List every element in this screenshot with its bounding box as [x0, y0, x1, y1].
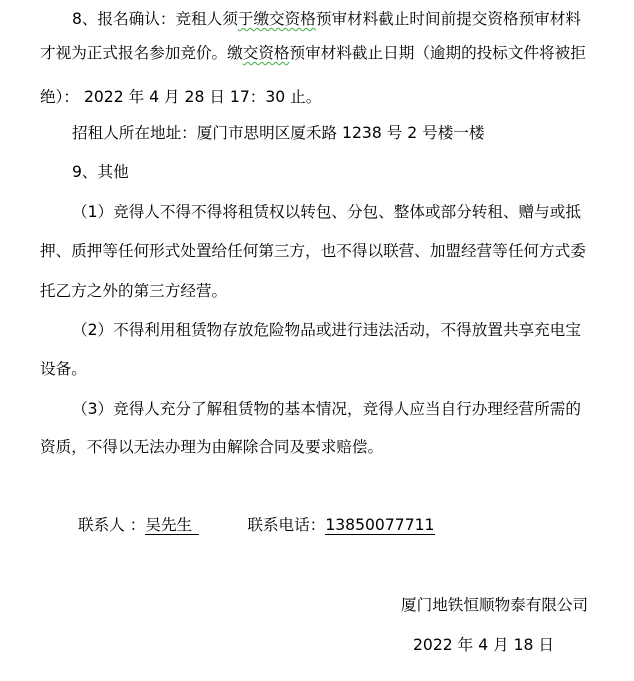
grammar-flag-text[interactable]: 于缴交资格: [238, 10, 316, 28]
signature-date: 2022 年 4 月 18 日: [413, 635, 554, 655]
section9-item2-line1: （2）不得利用租赁物存放危险物品或进行违法活动，不得放置共享充电宝: [72, 320, 581, 340]
contact-phone-value: 13850077711: [325, 516, 435, 535]
section9-item2-line2: 设备。: [40, 359, 87, 379]
section8-line1-suffix: 预审材料截止时间前提交资格预审材料: [316, 10, 581, 28]
contact-person-label: 联系人 ：: [78, 516, 145, 534]
section8-line1-prefix: 8、报名确认：竞租人须: [72, 10, 238, 28]
document-page: 8、报名确认：竞租人须于缴交资格预审材料截止时间前提交资格预审材料 才视为正式报…: [0, 0, 634, 681]
section9-item3-line1: （3）竞得人充分了解租赁物的基本情况，竞得人应当自行办理经营所需的: [72, 399, 581, 419]
section8-line2: 才视为正式报名参加竞价。缴交资格预审材料截止日期（逾期的投标文件将被拒: [40, 43, 586, 63]
section8-deadline: 绝）： 2022 年 4 月 28 日 17：30 止。: [40, 87, 321, 107]
company-name: 厦门地铁恒顺物泰有限公司: [401, 595, 588, 615]
section9-heading: 9、其他: [72, 162, 129, 182]
grammar-flag-text[interactable]: 交资格: [243, 44, 290, 62]
lessor-address: 招租人所在地址：厦门市思明区厦禾路 1238 号 2 号楼一楼: [72, 123, 485, 143]
section9-item1-line3: 托乙方之外的第三方经营。: [40, 281, 227, 301]
section8-line1: 8、报名确认：竞租人须于缴交资格预审材料截止时间前提交资格预审材料: [72, 9, 581, 29]
contact-row: 联系人 ：吴先生 联系电话： 13850077711: [78, 515, 435, 535]
section9-item1-line2: 押、质押等任何形式处置给任何第三方，也不得以联营、加盟经营等任何方式委: [40, 241, 586, 261]
section8-line2-prefix: 才视为正式报名参加竞价。缴: [40, 44, 243, 62]
contact-phone-label: 联系电话：: [247, 516, 325, 534]
section9-item3-line2: 资质，不得以无法办理为由解除合同及要求赔偿。: [40, 437, 383, 457]
section9-item1-line1: （1）竞得人不得不得将租赁权以转包、分包、整体或部分转租、赠与或抵: [72, 202, 581, 222]
contact-person-value: 吴先生: [145, 516, 199, 535]
section8-line2-suffix: 预审材料截止日期（逾期的投标文件将被拒: [290, 44, 586, 62]
